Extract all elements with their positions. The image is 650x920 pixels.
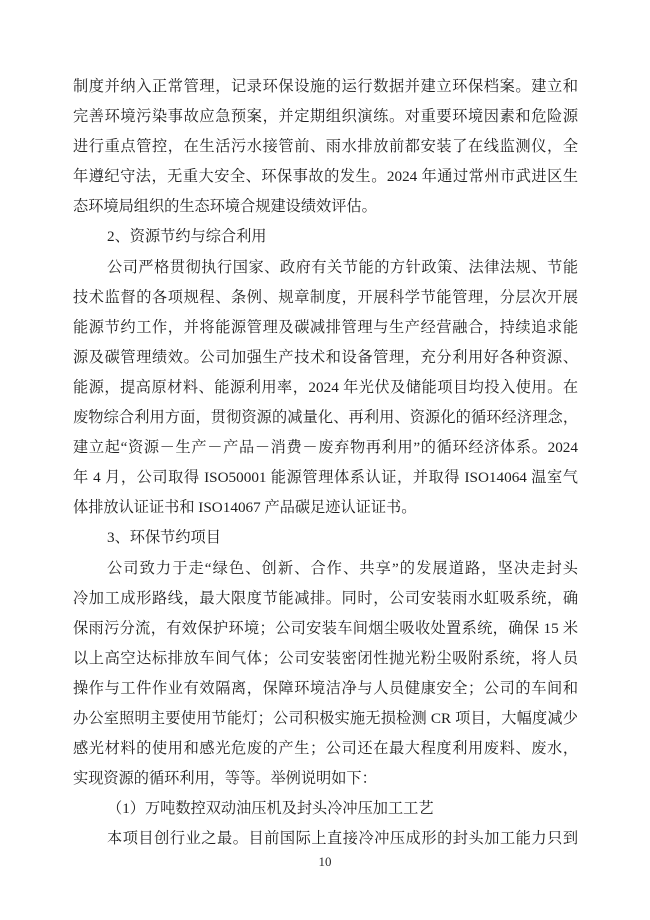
text-line: 完善环境污染事故应急预案，并定期组织演练。对重要环境因素和危险源: [73, 102, 578, 132]
text-line: 公司严格贯彻执行国家、政府有关节能的方针政策、法律法规、节能: [73, 253, 578, 283]
text-line: 年 4 月，公司取得 ISO50001 能源管理体系认证，并取得 ISO1406…: [73, 463, 578, 493]
text-line: 建立起“资源－生产－产品－消费－废弃物再利用”的循环经济体系。2024: [73, 433, 578, 463]
text-line: 实现资源的循环利用，等等。举例说明如下：: [73, 764, 578, 794]
text-line: 保雨污分流，有效保护环境；公司安装车间烟尘吸收处置系统，确保 15 米: [73, 614, 578, 644]
list-item-heading: （1）万吨数控双动油压机及封头冷冲压加工工艺: [73, 794, 578, 824]
text-line: 能源节约工作，并将能源管理及碳减排管理与生产经营融合，持续追求能: [73, 313, 578, 343]
text-line: 能源，提高原材料、能源利用率，2024 年光伏及储能项目均投入使用。在: [73, 373, 578, 403]
page-number: 10: [0, 854, 650, 870]
text-line: 操作与工件作业有效隔离，保障环境洁净与人员健康安全；公司的车间和: [73, 674, 578, 704]
text-line: 办公室照明主要使用节能灯；公司积极实施无损检测 CR 项目，大幅度减少: [73, 704, 578, 734]
section-heading: 3、环保节约项目: [73, 523, 578, 553]
text-line: 制度并纳入正常管理，记录环保设施的运行数据并建立环保档案。建立和: [73, 72, 578, 102]
text-line: 技术监督的各项规程、条例、规章制度，开展科学节能管理，分层次开展: [73, 283, 578, 313]
section-heading: 2、资源节约与综合利用: [73, 222, 578, 252]
document-page: 制度并纳入正常管理，记录环保设施的运行数据并建立环保档案。建立和 完善环境污染事…: [0, 0, 650, 920]
text-line: 源及碳管理绩效。公司加强生产技术和设备管理，充分利用好各种资源、: [73, 343, 578, 373]
text-line: 感光材料的使用和感光危废的产生；公司还在最大程度利用废料、废水，: [73, 734, 578, 764]
text-line: 进行重点管控，在生活污水接管前、雨水排放前都安装了在线监测仪，全: [73, 132, 578, 162]
document-body-text: 制度并纳入正常管理，记录环保设施的运行数据并建立环保档案。建立和 完善环境污染事…: [73, 72, 578, 854]
text-line: 冷加工成形路线，最大限度节能减排。同时，公司安装雨水虹吸系统，确: [73, 584, 578, 614]
text-line: 本项目创行业之最。目前国际上直接冷冲压成形的封头加工能力只到: [73, 824, 578, 854]
text-line: 体排放认证证书和 ISO14067 产品碳足迹认证证书。: [73, 493, 578, 523]
text-line: 年遵纪守法，无重大安全、环保事故的发生。2024 年通过常州市武进区生: [73, 162, 578, 192]
text-line: 公司致力于走“绿色、创新、合作、共享”的发展道路，坚决走封头: [73, 554, 578, 584]
text-line: 态环境局组织的生态环境合规建设绩效评估。: [73, 192, 578, 222]
text-line: 以上高空达标排放车间气体；公司安装密闭性抛光粉尘吸附系统，将人员: [73, 644, 578, 674]
text-line: 废物综合利用方面，贯彻资源的减量化、再利用、资源化的循环经济理念，: [73, 403, 578, 433]
